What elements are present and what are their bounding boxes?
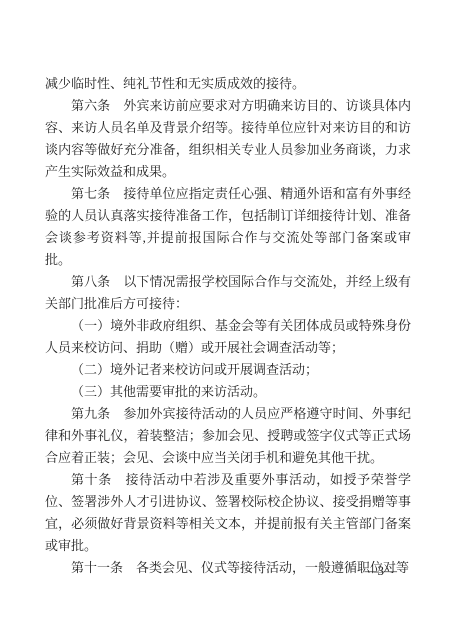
paragraph: 第十条 接待活动中若涉及重要外事活动，如授予荣誉学位、签署涉外人才引进协议、签署… xyxy=(45,469,411,557)
paragraph: （三）其他需要审批的来访活动。 xyxy=(45,381,411,403)
paragraph: 第九条 参加外宾接待活动的人员应严格遵守时间、外事纪律和外事礼仪，着装整洁；参加… xyxy=(45,403,411,469)
document-page: 减少临时性、纯礼节性和无实质成效的接待。第六条 外宾来访前应要求对方明确来访目的… xyxy=(0,0,453,642)
paragraph: 第六条 外宾来访前应要求对方明确来访目的、访谈具体内容、来访人员名单及背景介绍等… xyxy=(45,95,411,183)
document-body: 减少临时性、纯礼节性和无实质成效的接待。第六条 外宾来访前应要求对方明确来访目的… xyxy=(45,73,411,579)
paragraph: （一）境外非政府组织、基金会等有关团体成员或特殊身份人员来校访问、捐助（赠）或开… xyxy=(45,315,411,359)
paragraph: 减少临时性、纯礼节性和无实质成效的接待。 xyxy=(45,73,411,95)
paragraph: 第七条 接待单位应指定责任心强、精通外语和富有外事经验的人员认真落实接待准备工作… xyxy=(45,183,411,271)
paragraph: （二）境外记者来校访问或开展调查活动； xyxy=(45,359,411,381)
page-number: —3— xyxy=(45,562,397,580)
paragraph: 第八条 以下情况需报学校国际合作与交流处，并经上级有关部门批准后方可接待： xyxy=(45,271,411,315)
